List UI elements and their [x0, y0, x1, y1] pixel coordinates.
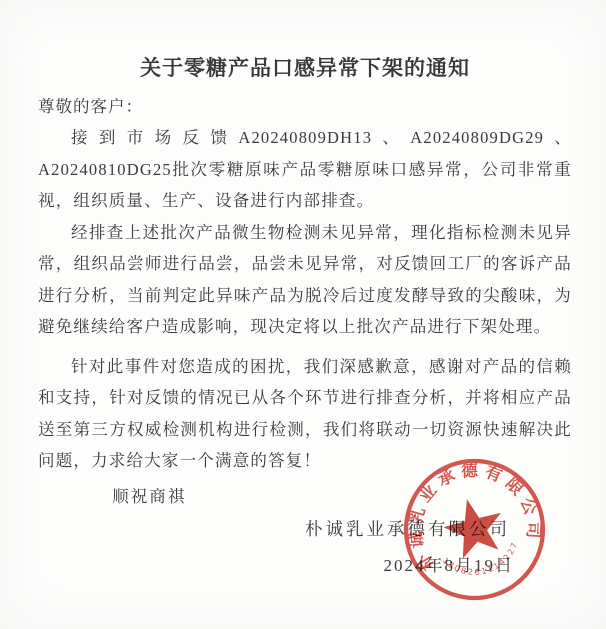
salutation: 尊敬的客户： — [38, 92, 572, 122]
paragraph-investigation: 经排查上述批次产品微生物检测未见异常，理化指标检测未见异常，组织品尝师进行品尝，… — [38, 217, 572, 343]
page-title: 关于零糖产品口感异常下架的通知 — [38, 52, 572, 82]
paragraph-feedback: 接到市场反馈A20240809DH13、A20240809DG29、A20240… — [38, 122, 572, 217]
paragraph-apology: 针对此事件对您造成的困扰，我们深感歉意，感谢对产品的信赖和支持，针对反馈的情况已… — [38, 351, 572, 477]
notice-body: 关于零糖产品口感异常下架的通知 尊敬的客户： 接到市场反馈A20240809DH… — [0, 0, 606, 576]
closing-phrase: 顺祝商祺 — [38, 481, 572, 512]
signature-date: 2024年8月19日 — [38, 551, 572, 576]
notice-document: 关于零糖产品口感异常下架的通知 尊敬的客户： 接到市场反馈A20240809DH… — [0, 0, 606, 629]
signature-company: 朴诚乳业承德有限公司 — [38, 516, 572, 541]
